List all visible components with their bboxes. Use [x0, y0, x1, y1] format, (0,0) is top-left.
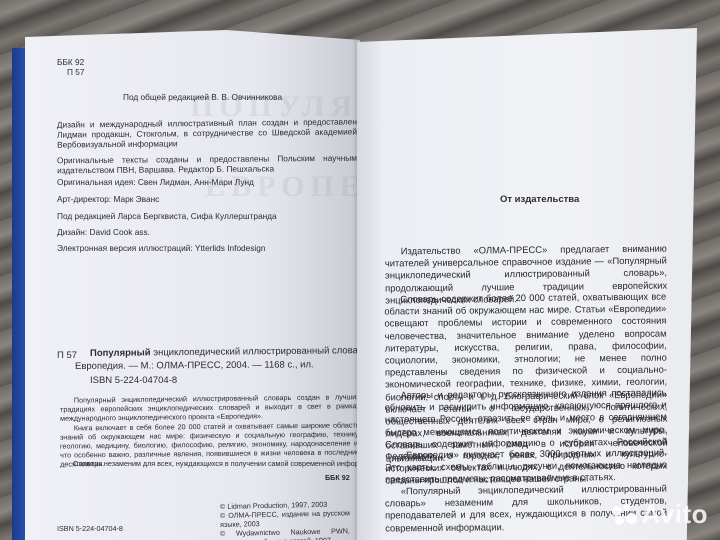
avito-logo-icon	[612, 504, 638, 526]
annotation-para-1: Популярный энциклопедический иллюстриров…	[60, 392, 360, 423]
credit-idea: Оригинальная идея: Свен Лидман, Анн-Мари…	[57, 177, 254, 187]
annotation-para-3: Словарь незаменим для всех, нуждающихся …	[73, 459, 382, 468]
catalog-title-bold: Популярный	[90, 347, 151, 359]
preface-heading: От издательства	[500, 194, 579, 205]
preface-para-4: «Европедия» включает более 3000 цветных …	[385, 447, 667, 487]
credit-editors: Под редакцией Ларса Бергквиста, Сифа Кул…	[57, 211, 277, 221]
annotation-bbk: ББК 92	[325, 473, 350, 482]
avito-watermark-text: Avito	[641, 499, 708, 530]
credit-art-director: Арт-директор: Марк Эванс	[57, 194, 159, 204]
catalog-title: Популярный энциклопедический иллюстриров…	[90, 345, 371, 359]
credit-texts: Оригинальные тексты созданы и предоставл…	[57, 153, 357, 176]
right-page: От издательства Издательство «ОЛМА-ПРЕСС…	[357, 28, 697, 540]
catalog-imprint: Европедия. — М.: ОЛМА-ПРЕСС, 2004. — 116…	[75, 359, 314, 372]
bottom-isbn: ISBN 5-224-04704-8	[57, 524, 123, 533]
credit-design: Дизайн и международный иллюстративный пл…	[57, 116, 357, 149]
copyright-pwn: © Wydawnictwo Naukowe PWN, оригинальный …	[220, 526, 350, 540]
classification-code: П 57	[67, 67, 85, 77]
photo-scene: ПОПУЛЯРНЫЙ ЕВРОПЕДИЯ ББК 92 П 57 Под общ…	[0, 0, 720, 540]
credit-design-cook: Дизайн: David Cook ass.	[57, 227, 150, 237]
general-editor: Под общей редакцией В. В. Овчинникова	[123, 92, 282, 102]
classification-bbk: ББК 92	[57, 57, 84, 67]
catalog-isbn: ISBN 5-224-04704-8	[90, 375, 177, 386]
catalog-title-rest: энциклопедический иллюстрированный слова…	[153, 345, 371, 358]
credit-electronic: Электронная версия иллюстраций: Ytterlid…	[57, 243, 266, 253]
avito-watermark: Avito	[612, 499, 708, 530]
left-page: ПОПУЛЯРНЫЙ ЕВРОПЕДИЯ ББК 92 П 57 Под общ…	[25, 30, 360, 540]
catalog-code: П 57	[57, 350, 77, 361]
